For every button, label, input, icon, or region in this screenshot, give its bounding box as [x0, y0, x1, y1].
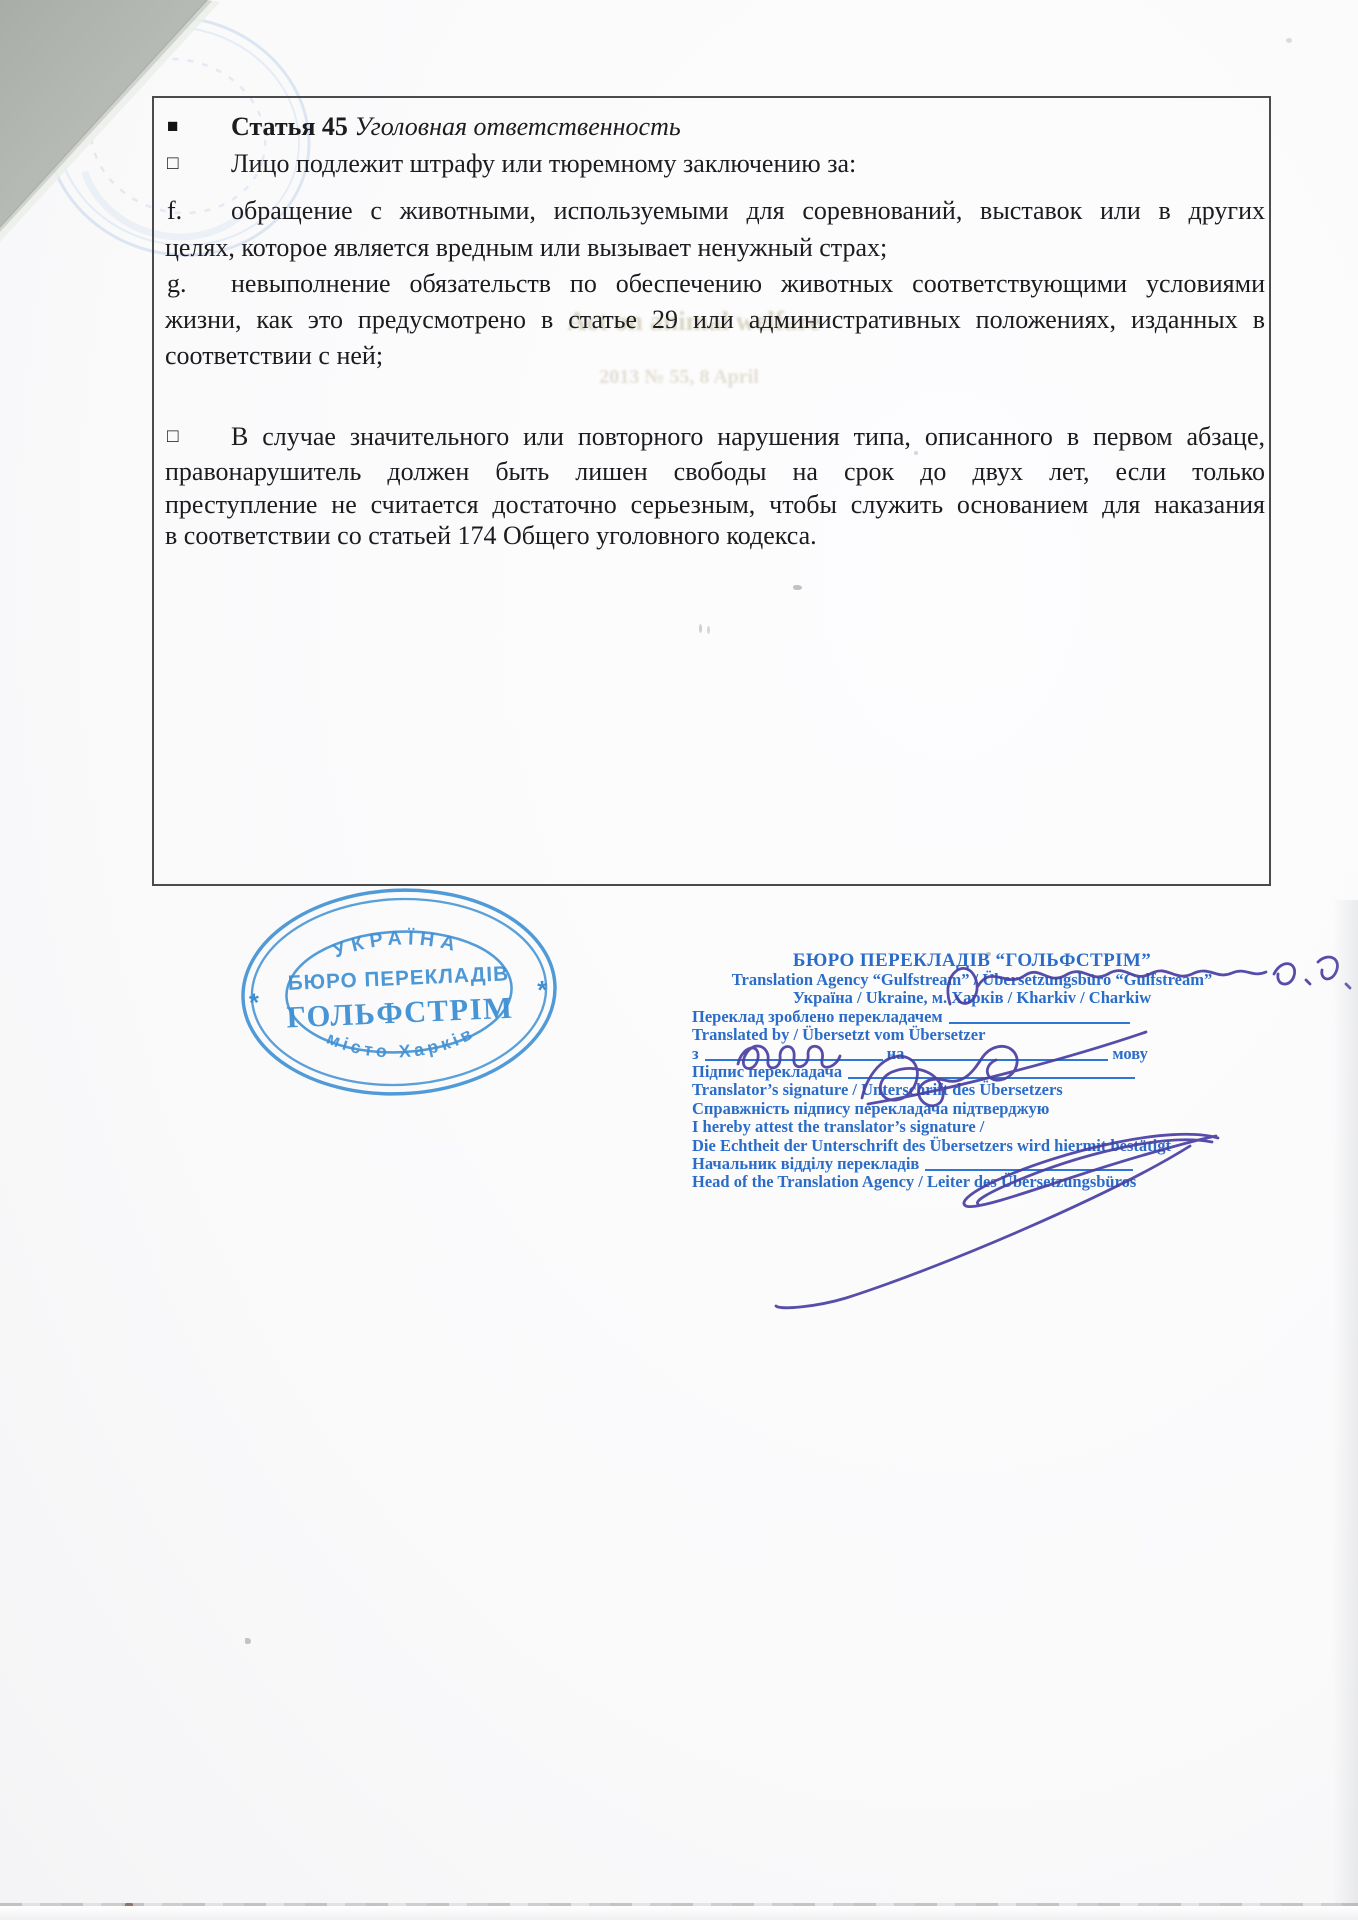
item-g-label: g.	[167, 267, 187, 301]
agency-stamp: УКРАЇНА місто Харків БЮРО ПЕРЕКЛАДІВ ГОЛ…	[231, 877, 566, 1107]
attestation-agency-name: БЮРО ПЕРЕКЛАДІВ “ГОЛЬФСТРІМ”	[692, 951, 1252, 971]
scan-speck	[1286, 38, 1292, 43]
translator-name-blank	[949, 1008, 1130, 1024]
paragraph-line4: в соответствии со статьей 174 Общего уго…	[165, 519, 1265, 553]
stamp-star-left: *	[249, 989, 260, 1017]
empty-square-bullet-2: □	[167, 420, 178, 454]
stamp-agency-line2: ГОЛЬФСТРІМ	[286, 991, 514, 1035]
item-f-label: f.	[167, 194, 182, 228]
head-row-en: Head of the Translation Agency / Leiter …	[692, 1173, 1252, 1191]
stamp-agency-line1: БЮРО ПЕРЕКЛАДІВ	[287, 962, 509, 995]
attestation-location: Україна / Ukraine, м. Харків / Kharkiv /…	[692, 989, 1252, 1007]
item-g-line1: g. невыполнение обязательств по обеспече…	[165, 267, 1265, 301]
language-to-blank	[910, 1045, 1108, 1061]
head-signature-row: Начальник відділу перекладів	[692, 1155, 1137, 1173]
attest-statement-de: Die Echtheit der Unterschrift des Überse…	[692, 1137, 1252, 1155]
filled-square-bullet: ■	[167, 110, 178, 144]
attestation-block: БЮРО ПЕРЕКЛАДІВ “ГОЛЬФСТРІМ” Translation…	[692, 951, 1252, 1192]
article-title: Уголовная ответственность	[354, 112, 680, 141]
article-intro-line: □ Лицо подлежит штрафу или тюремному зак…	[165, 147, 1265, 181]
item-g-line3: соответствии с ней;	[165, 339, 1265, 373]
translated-by-row-en: Translated by / Übersetzt vom Übersetzer	[692, 1026, 1252, 1044]
language-row: з на мову	[692, 1045, 1192, 1063]
attestation-agency-translit: Translation Agency “Gulfstream” / Überse…	[692, 971, 1252, 989]
scan-edge-shading	[1332, 900, 1358, 1920]
signature-row: Підпис перекладача	[692, 1063, 1139, 1081]
head-signature-blank	[925, 1155, 1133, 1171]
paragraph-line1: □ В случае значительного или повторного …	[165, 420, 1265, 454]
scanner-bottom-strip	[0, 1906, 1358, 1920]
empty-square-bullet: □	[167, 147, 178, 181]
scan-speck	[245, 1638, 251, 1644]
item-f-line1: f. обращение с животными, используемыми …	[165, 194, 1265, 228]
stamp-star-right: *	[537, 976, 548, 1004]
article-number: Статья 45	[231, 112, 348, 141]
paragraph-line3: преступление не считается достаточно сер…	[165, 488, 1265, 522]
scanned-page: Act on animal welfare 2013 № 55, 8 April…	[0, 0, 1358, 1920]
item-g-line2: жизни, как это предусмотрено в статье 29…	[165, 303, 1265, 337]
legal-text-box: Act on animal welfare 2013 № 55, 8 April…	[152, 96, 1271, 886]
translator-signature-blank	[848, 1063, 1135, 1079]
translated-by-row: Переклад зроблено перекладачем	[692, 1008, 1134, 1026]
attest-statement-uk: Справжність підпису перекладача підтверд…	[692, 1100, 1252, 1118]
article-intro: Лицо подлежит штрафу или тюремному заклю…	[165, 147, 1265, 181]
signature-row-en: Translator’s signature / Unterschrift de…	[692, 1081, 1252, 1099]
language-from-blank	[705, 1045, 883, 1061]
attest-statement-en: I hereby attest the translator’s signatu…	[692, 1118, 1252, 1136]
item-f-line2: целях, которое является вредным или вызы…	[165, 231, 1265, 265]
article-heading: ■ Статья 45 Уголовная ответственность	[165, 110, 1265, 144]
paragraph-line2: правонарушитель должен быть лишен свобод…	[165, 455, 1265, 489]
stamp-country: УКРАЇНА	[330, 924, 465, 963]
